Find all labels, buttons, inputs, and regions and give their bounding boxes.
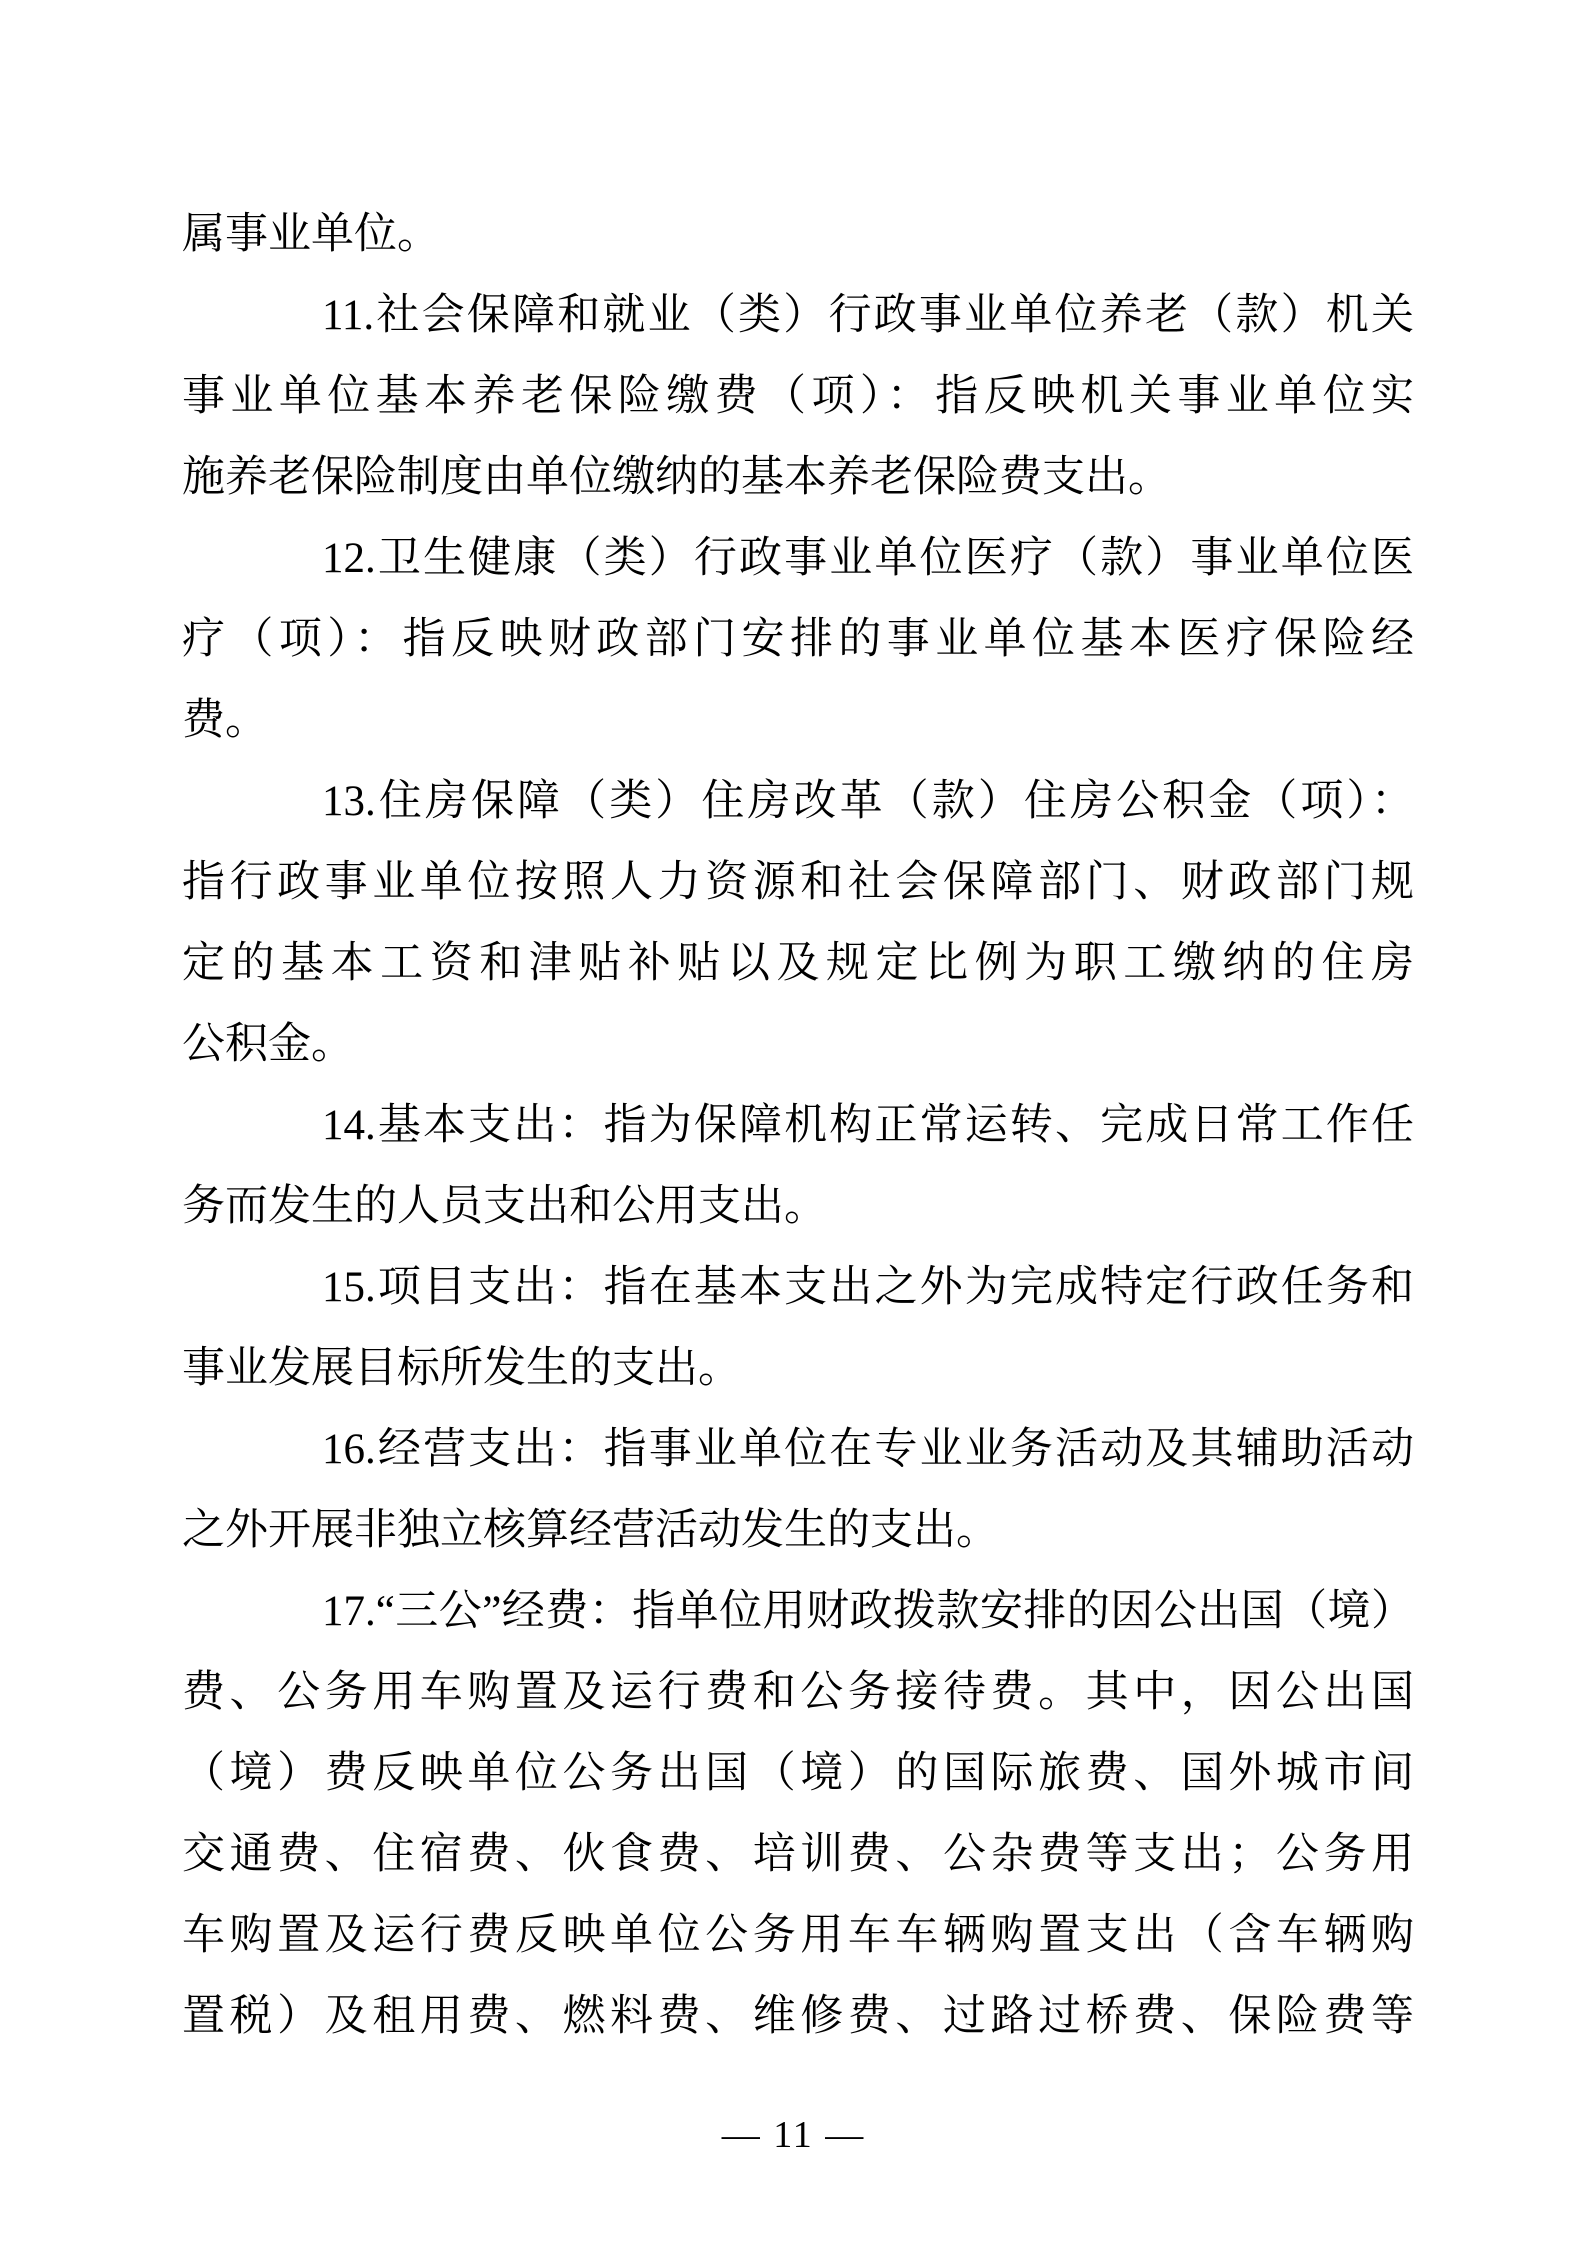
text-line: 务而发生的人员支出和公用支出。: [182, 1166, 1414, 1247]
text-line: 施养老保险制度由单位缴纳的基本养老保险费支出。: [182, 437, 1414, 518]
text-line: 属事业单位。: [182, 194, 1414, 275]
page-footer: — 11 —: [0, 2112, 1587, 2158]
text-line: 11.社会保障和就业（类）行政事业单位养老（款）机关: [182, 275, 1414, 356]
text-line: 16.经营支出：指事业单位在专业业务活动及其辅助活动: [182, 1409, 1414, 1490]
text-line: 之外开展非独立核算经营活动发生的支出。: [182, 1490, 1414, 1571]
text-line: 12.卫生健康（类）行政事业单位医疗（款）事业单位医: [182, 518, 1414, 599]
text-line: 14.基本支出：指为保障机构正常运转、完成日常工作任: [182, 1085, 1414, 1166]
text-line: 交通费、住宿费、伙食费、培训费、公杂费等支出；公务用: [182, 1814, 1414, 1895]
document-body: 属事业单位。11.社会保障和就业（类）行政事业单位养老（款）机关事业单位基本养老…: [182, 194, 1414, 2057]
page-number: — 11 —: [722, 2114, 866, 2156]
text-line: 定的基本工资和津贴补贴以及规定比例为职工缴纳的住房: [182, 923, 1414, 1004]
text-line: 17.“三公”经费：指单位用财政拨款安排的因公出国（境）: [182, 1571, 1414, 1652]
text-line: 费、公务用车购置及运行费和公务接待费。其中，因公出国: [182, 1652, 1414, 1733]
text-line: 疗（项）：指反映财政部门安排的事业单位基本医疗保险经: [182, 599, 1414, 680]
text-line: 车购置及运行费反映单位公务用车车辆购置支出（含车辆购: [182, 1895, 1414, 1976]
text-line: 指行政事业单位按照人力资源和社会保障部门、财政部门规: [182, 842, 1414, 923]
text-line: 事业单位基本养老保险缴费（项）：指反映机关事业单位实: [182, 356, 1414, 437]
text-line: 费。: [182, 680, 1414, 761]
text-line: 公积金。: [182, 1004, 1414, 1085]
text-line: 13.住房保障（类）住房改革（款）住房公积金（项）：: [182, 761, 1414, 842]
text-line: 事业发展目标所发生的支出。: [182, 1328, 1414, 1409]
text-line: 15.项目支出：指在基本支出之外为完成特定行政任务和: [182, 1247, 1414, 1328]
text-line: 置税）及租用费、燃料费、维修费、过路过桥费、保险费等: [182, 1976, 1414, 2057]
document-page: 属事业单位。11.社会保障和就业（类）行政事业单位养老（款）机关事业单位基本养老…: [0, 0, 1587, 2245]
text-line: （境）费反映单位公务出国（境）的国际旅费、国外城市间: [182, 1733, 1414, 1814]
